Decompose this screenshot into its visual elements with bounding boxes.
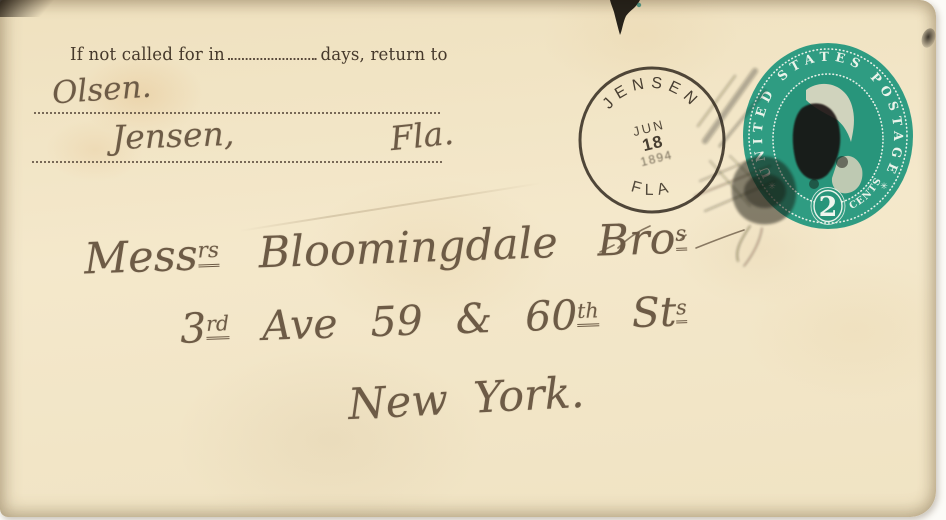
- return-address-state: Fla.: [388, 113, 455, 158]
- return-address-town: Jensen,: [111, 114, 235, 157]
- envelope-scan: If not called for indays, return to Olse…: [0, 0, 946, 520]
- postmark-state-arc: FLA: [629, 178, 675, 199]
- address-l1-sup2: s: [675, 222, 687, 251]
- blank-days-line: [228, 45, 316, 60]
- ink-blot-top: [596, 0, 660, 40]
- printed-return-notice: If not called for indays, return to: [70, 44, 448, 65]
- address-l2-sup1: rd: [206, 311, 230, 340]
- address-l1-base1: Mess: [83, 231, 198, 285]
- corner-stain: [0, 0, 54, 17]
- dotted-line-1: [34, 112, 440, 114]
- address-l2-sup2: th: [577, 298, 599, 327]
- return-address-name: Olsen.: [51, 69, 153, 112]
- address-l1-sup1: rs: [197, 238, 219, 268]
- return-notice-prefix: If not called for in: [70, 44, 225, 65]
- cancel-blob-core: [744, 174, 786, 208]
- address-l2-base3: St: [598, 288, 677, 339]
- cancel-speck-1: [836, 156, 848, 168]
- postmark-date-block: JUN 18 1894: [631, 117, 674, 170]
- return-notice-suffix: days, return to: [320, 44, 447, 65]
- address-l2-sup3: s: [676, 295, 688, 323]
- dotted-line-2: [32, 161, 442, 163]
- address-l2-base1: 3: [179, 304, 207, 353]
